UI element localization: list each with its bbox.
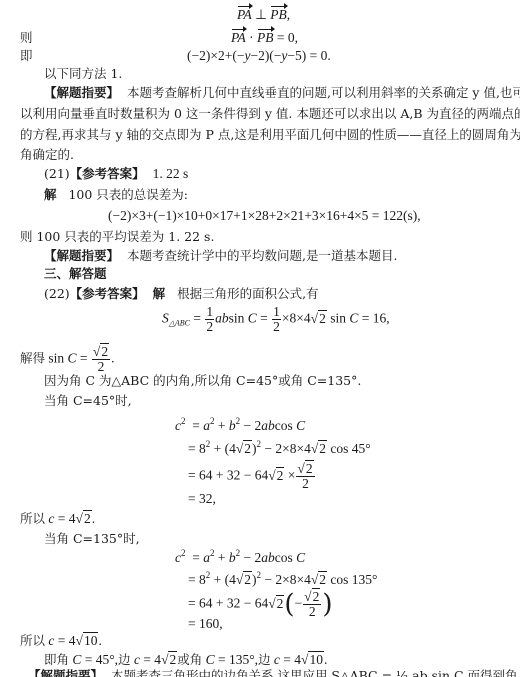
case135-line-1: c2 = a2 + b2 − 2abcos C <box>175 545 305 566</box>
case45-line-3: = 64 + 32 − 64√2 ×√22 <box>188 462 316 491</box>
q21-formula: (−2)×3+(−1)×10+0×17+1×28+2×21+3×16+4×5 =… <box>108 208 421 224</box>
q21-solution-intro: 解 100 只表的总误差为: <box>44 187 188 203</box>
label-ze: 则 <box>20 30 33 46</box>
q22-hint: 【解题指要】 本题考查三角形中的边角关系,这里应用 S△ABC = ½ ab s… <box>28 668 520 677</box>
case135-result: 所以 c = 4√10. <box>20 633 102 649</box>
case135-line-3: = 64 + 32 − 64√2(−√22) <box>188 590 333 619</box>
equation-dot-product: PA · PB = 0, <box>231 30 298 46</box>
q22-solve-sin: 解得 sin C = √22. <box>20 345 114 374</box>
case45-result: 所以 c = 4√2. <box>20 511 95 527</box>
q22-heading: (22)【参考答案】 解 根据三角形的面积公式,有 <box>44 286 319 302</box>
same-method-text: 以下同方法 1. <box>44 66 122 82</box>
section-heading: 三、解答题 <box>44 266 107 282</box>
q21-conclusion: 则 100 只表的平均误差为 1. 22 s. <box>20 229 214 245</box>
q22-case45-label: 当角 C=45°时, <box>44 393 132 409</box>
q22-case135-label: 当角 C=135°时, <box>44 531 140 547</box>
case135-line-4: = 160, <box>188 616 223 632</box>
hint-20-line-3: 的方程,再求其与 y 轴的交点即为 P 点,这是利用平面几何中圆的性质——直径上… <box>20 127 520 143</box>
label-ji: 即 <box>20 48 33 64</box>
hint-20-line-2: 以利用向量垂直时数量积为 0 这一条件得到 y 值. 本题还可以求出以 A,B … <box>20 106 520 122</box>
q21-heading: (21)【参考答案】 1. 22 s <box>44 166 188 182</box>
case45-line-4: = 32, <box>188 491 216 507</box>
answer-tag: 【参考答案】 <box>70 166 145 181</box>
case45-line-2: = 82 + (4√2)2 − 2×8×4√2 cos 45° <box>188 436 371 457</box>
q21-answer: 1. 22 s <box>153 166 189 181</box>
q22-area-formula: S△ABC = 12absin C = 12×8×4√2 sin C = 16, <box>162 305 390 334</box>
case45-line-1: c2 = a2 + b2 − 2abcos C <box>175 413 305 434</box>
equation-expand: (−2)×2+(−y−2)(−y−5) = 0. <box>187 48 331 64</box>
q21-hint: 【解题指要】 本题考查统计学中的平均数问题,是一道基本题目. <box>44 248 397 264</box>
hint-20-line-1: 【解题指要】 本题考查解析几何中直线垂直的问题,可以利用斜率的关系确定 y 值,… <box>44 85 520 101</box>
hint-20-line-4: 角确定的. <box>20 147 74 163</box>
case135-line-2: = 82 + (4√2)2 − 2×8×4√2 cos 135° <box>188 567 377 588</box>
hint-tag: 【解题指要】 <box>44 85 119 100</box>
equation-perpendicular: PA ⊥ PB, <box>237 7 290 23</box>
q22-angle-statement: 因为角 C 为△ABC 的内角,所以角 C=45°或角 C=135°. <box>44 373 361 389</box>
q22-final: 即角 C = 45°,边 c = 4√2或角 C = 135°,边 c = 4√… <box>44 652 327 668</box>
